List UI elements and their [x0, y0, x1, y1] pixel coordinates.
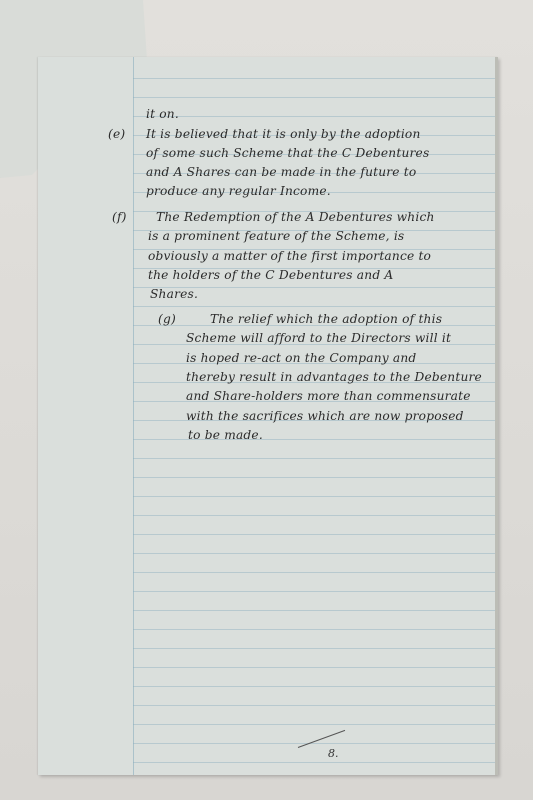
paragraph-g-line: The relief which the adoption of this: [210, 312, 442, 326]
paragraph-g-line: thereby result in advantages to the Debe…: [186, 370, 482, 384]
paragraph-label-g: (g): [158, 312, 176, 326]
paragraph-label-e: (e): [108, 127, 125, 141]
manuscript-page: it on. (e) It is believed that it is onl…: [38, 57, 498, 775]
page-number: 8.: [328, 747, 339, 760]
paragraph-e-line: produce any regular Income.: [146, 184, 331, 198]
paragraph-f-line: The Redemption of the A Debentures which: [156, 210, 435, 224]
paragraph-label-f: (f): [112, 210, 127, 224]
paragraph-g-line: is hoped re-act on the Company and: [186, 351, 416, 365]
paragraph-g-line: to be made.: [188, 428, 263, 442]
margin-rule: [133, 57, 134, 775]
paragraph-g-line: and Share-holders more than commensurate: [186, 389, 471, 403]
paragraph-e-line: It is believed that it is only by the ad…: [146, 127, 421, 141]
continuation-line: it on.: [146, 107, 179, 121]
paragraph-f-line: the holders of the C Debentures and A: [148, 268, 393, 282]
paragraph-f-line: is a prominent feature of the Scheme, is: [148, 229, 404, 243]
paragraph-g-line: Scheme will afford to the Directors will…: [186, 331, 451, 345]
paragraph-e-line: of some such Scheme that the C Debenture…: [146, 146, 429, 160]
paragraph-f-line: obviously a matter of the first importan…: [148, 249, 431, 263]
paragraph-e-line: and A Shares can be made in the future t…: [146, 165, 416, 179]
paragraph-f-line: Shares.: [150, 287, 198, 301]
paragraph-g-line: with the sacrifices which are now propos…: [186, 409, 464, 423]
